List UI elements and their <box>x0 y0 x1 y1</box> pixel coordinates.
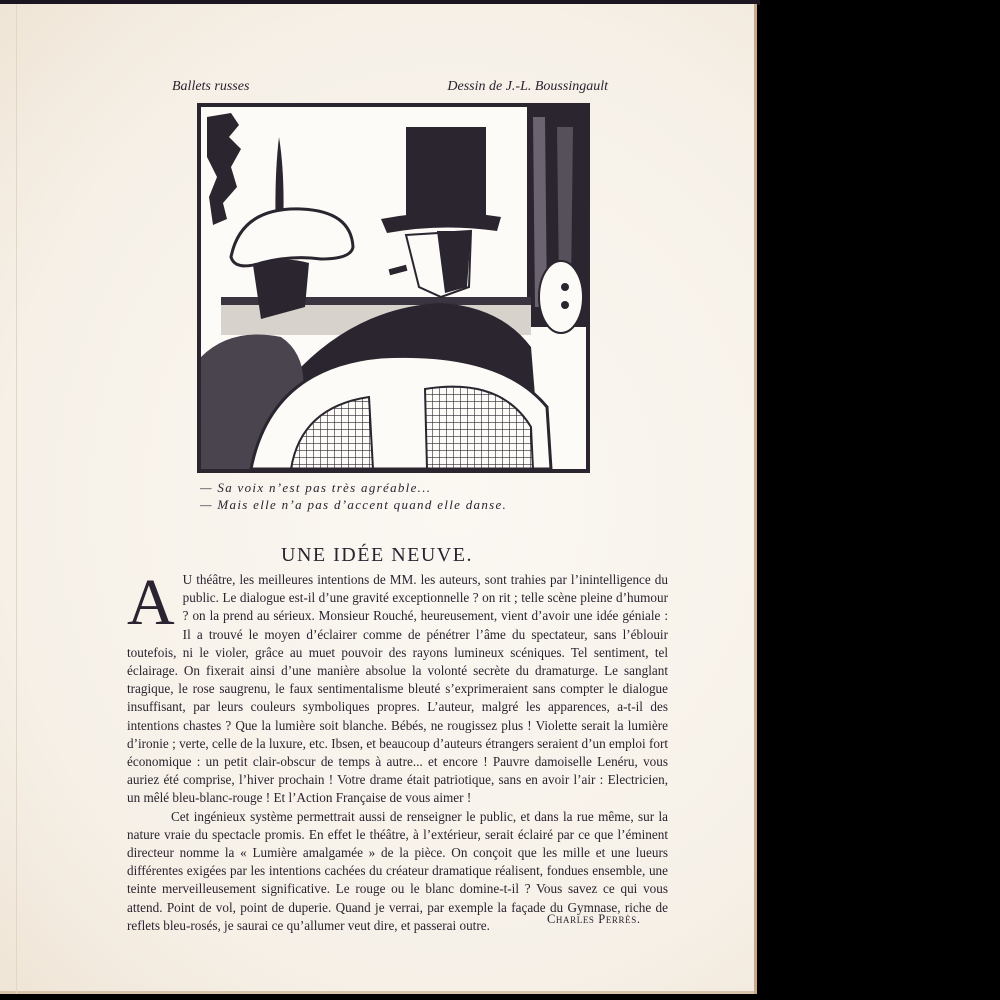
caption-line-2: — Mais elle n’a pas d’accent quand elle … <box>200 496 507 513</box>
theatre-audience-drawing <box>201 107 586 469</box>
drop-cap: A <box>127 575 175 631</box>
illustration <box>197 103 590 473</box>
illustration-credit: Dessin de J.-L. Boussingault <box>447 79 608 95</box>
article-title: UNE IDÉE NEUVE. <box>0 544 754 567</box>
illustration-caption: — Sa voix n’est pas très agréable... — M… <box>200 479 507 513</box>
page-header: Ballets russes Dessin de J.-L. Boussinga… <box>172 79 608 99</box>
caption-line-1: — Sa voix n’est pas très agréable... <box>200 479 507 496</box>
section-label: Ballets russes <box>172 79 249 95</box>
magazine-page: Ballets russes Dessin de J.-L. Boussinga… <box>0 4 757 994</box>
article-body: A U théâtre, les meilleures intentions d… <box>127 571 668 935</box>
author-signature: Charles Perrès. <box>547 912 641 927</box>
article-paragraph-1: U théâtre, les meilleures intentions de … <box>127 571 668 808</box>
